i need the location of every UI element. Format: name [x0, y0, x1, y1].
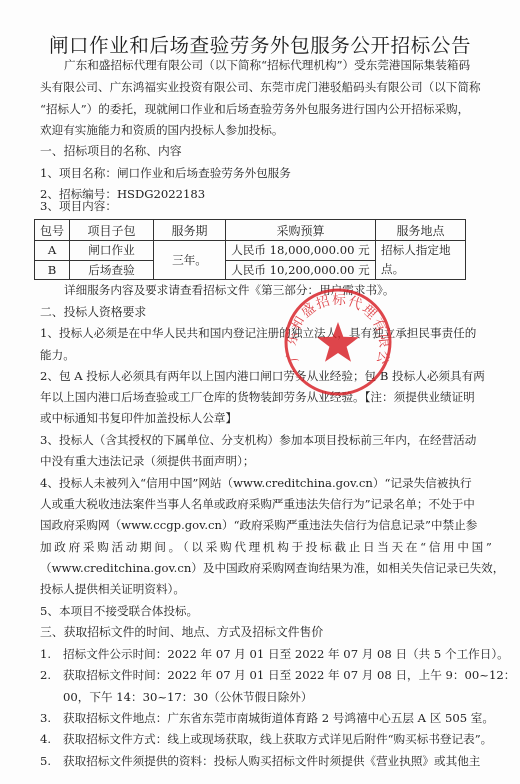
qualification-line: 2、包 A 投标人必须具有两年以上国内港口闸口劳务从业经验；包 B 投标人必须具… [40, 368, 485, 384]
qualification-line: 人或重大税收违法案件当事人名单或政府采购严重违法失信行为”记录名单；不处于中 [40, 496, 475, 512]
qualification-line: 4、投标人未被列入“信用中国”网站（www.creditchina.gov.cn… [40, 475, 472, 491]
qualification-line: 5、本项目不接受联合体投标。 [40, 603, 198, 619]
list-item: 2.获取招标文件时间：2022 年 07 月 01 日至 2022 年 07 月… [40, 667, 515, 683]
table-row: A 闸口作业 三年。 人民币 18,000,000.00 元 招标人指定地 点。 [35, 241, 466, 261]
list-item-number: 1. [40, 647, 63, 661]
service-location-line-2: 点。 [381, 260, 465, 279]
project-name: 1、项目名称：闸口作业和后场查验劳务外包服务 [40, 165, 291, 181]
list-item-number: 4. [40, 732, 63, 746]
intro-line-1: 广东和盛招标代理有限公司（以下简称“招标代理机构”）受东莞港国际集装箱码 [64, 57, 470, 73]
intro-line-3: “招标人”）的委托，现就闸口作业和后场查验劳务外包服务进行国内公开招标采购， [40, 101, 469, 117]
table-header-row: 包号 项目子包 服务期 采购预算 服务地点 [35, 220, 466, 241]
list-item: 5.获取招标文件须提供的资料：投标人购买招标文件时须提供《营业执照》或其他主 [40, 753, 480, 769]
service-location-line-1: 招标人指定地 [381, 241, 465, 260]
intro-line-2: 头有限公司、广东鸿福实业投资有限公司、东莞市虎门港驳船码头有限公司（以下简称 [40, 79, 481, 95]
list-item-number: 5. [40, 754, 63, 768]
list-item-text: 招标文件公示时间：2022 年 07 月 01 日至 2022 年 07 月 0… [63, 647, 509, 661]
intro-line-4: 欢迎有实施能力和资质的国内投标人参加投标。 [40, 122, 283, 138]
qualification-line: 3、投标人（含其授权的下属单位、分支机构）参加本项目投标前三年内，在经营活动 [40, 432, 476, 448]
header-subpackage: 项目子包 [70, 220, 154, 241]
list-item: 1.招标文件公示时间：2022 年 07 月 01 日至 2022 年 07 月… [40, 646, 509, 662]
list-item-text: 获取招标文件地点：广东省东莞市南城街道体育路 2 号鸿禧中心五层 A 区 505… [63, 711, 494, 725]
service-period: 三年。 [154, 241, 226, 280]
budget: 人民币 10,200,000.00 元 [226, 260, 376, 280]
header-service-period: 服务期 [154, 220, 226, 241]
project-content-label: 3、项目内容： [40, 198, 117, 214]
list-item-number: 3. [40, 711, 63, 725]
list-item-text: 获取招标文件时间：2022 年 07 月 01 日至 2022 年 07 月 0… [63, 668, 515, 682]
package-no: A [35, 241, 70, 261]
budget: 人民币 18,000,000.00 元 [226, 241, 376, 261]
package-no: B [35, 260, 70, 280]
list-item: 3.获取招标文件地点：广东省东莞市南城街道体育路 2 号鸿禧中心五层 A 区 5… [40, 710, 494, 726]
header-service-location: 服务地点 [376, 220, 466, 241]
section-1-heading: 一、招标项目的名称、内容 [40, 143, 182, 159]
header-package-no: 包号 [35, 220, 70, 241]
package-table: 包号 项目子包 服务期 采购预算 服务地点 A 闸口作业 三年。 人民币 18,… [34, 219, 466, 280]
qualification-line: 加政府采购活动期间。（以采购代理机构于投标截止日当天在“信用中国” [40, 539, 495, 555]
detail-note: 详细服务内容及要求请查看招标文件《第三部分：用户需求书》。 [64, 282, 394, 298]
document-title: 闸口作业和后场查验劳务外包服务公开招标公告 [0, 30, 520, 58]
subpackage-name: 后场查验 [70, 260, 154, 280]
list-item-number: 2. [40, 668, 63, 682]
section-2-heading: 二、投标人资格要求 [40, 304, 146, 320]
qualification-line: 国政府采购网（www.ccgp.gov.cn）“政府采购严重违法失信行为信息记录… [40, 517, 477, 533]
document-page: 闸口作业和后场查验劳务外包服务公开招标公告 广东和盛招标代理有限公司（以下简称“… [0, 0, 520, 784]
section-3-heading: 三、获取招标文件的时间、地点、方式及招标文件售价 [40, 624, 323, 640]
subpackage-name: 闸口作业 [70, 241, 154, 261]
qualification-line: 中没有重大违法记录（须提供书面声明）； [40, 453, 254, 469]
qualification-line: 1、投标人必须是在中华人民共和国内登记注册的独立法人，具有独立承担民事责任的 [40, 325, 476, 341]
service-location: 招标人指定地 点。 [376, 241, 466, 280]
list-item: 4.获取招标文件方式：线上或现场获取，线上获取方式详见后附件“购买标书登记表”。 [40, 731, 492, 747]
list-item-text: 获取招标文件方式：线上或现场获取，线上获取方式详见后附件“购买标书登记表”。 [63, 732, 492, 746]
qualification-line: 投标人提供相关证明资料）。 [40, 581, 185, 597]
qualification-line: 年以上国内港口后场查验或工厂仓库的货物装卸劳务从业经验。【注：须提供业绩证明 [40, 389, 475, 405]
header-budget: 采购预算 [226, 220, 376, 241]
list-item-text: 获取招标文件须提供的资料：投标人购买招标文件时须提供《营业执照》或其他主 [63, 754, 480, 768]
qualification-line: （www.creditchina.gov.cn）及中国政府采购网查询结果为准，如… [40, 560, 504, 576]
qualification-line: 或中标通知书复印件加盖投标人公章】 [40, 410, 237, 426]
list-item-continuation: 00，下午 14：30~17：30（公休节假日除外） [63, 689, 312, 705]
qualification-line: 能力。 [40, 347, 75, 363]
